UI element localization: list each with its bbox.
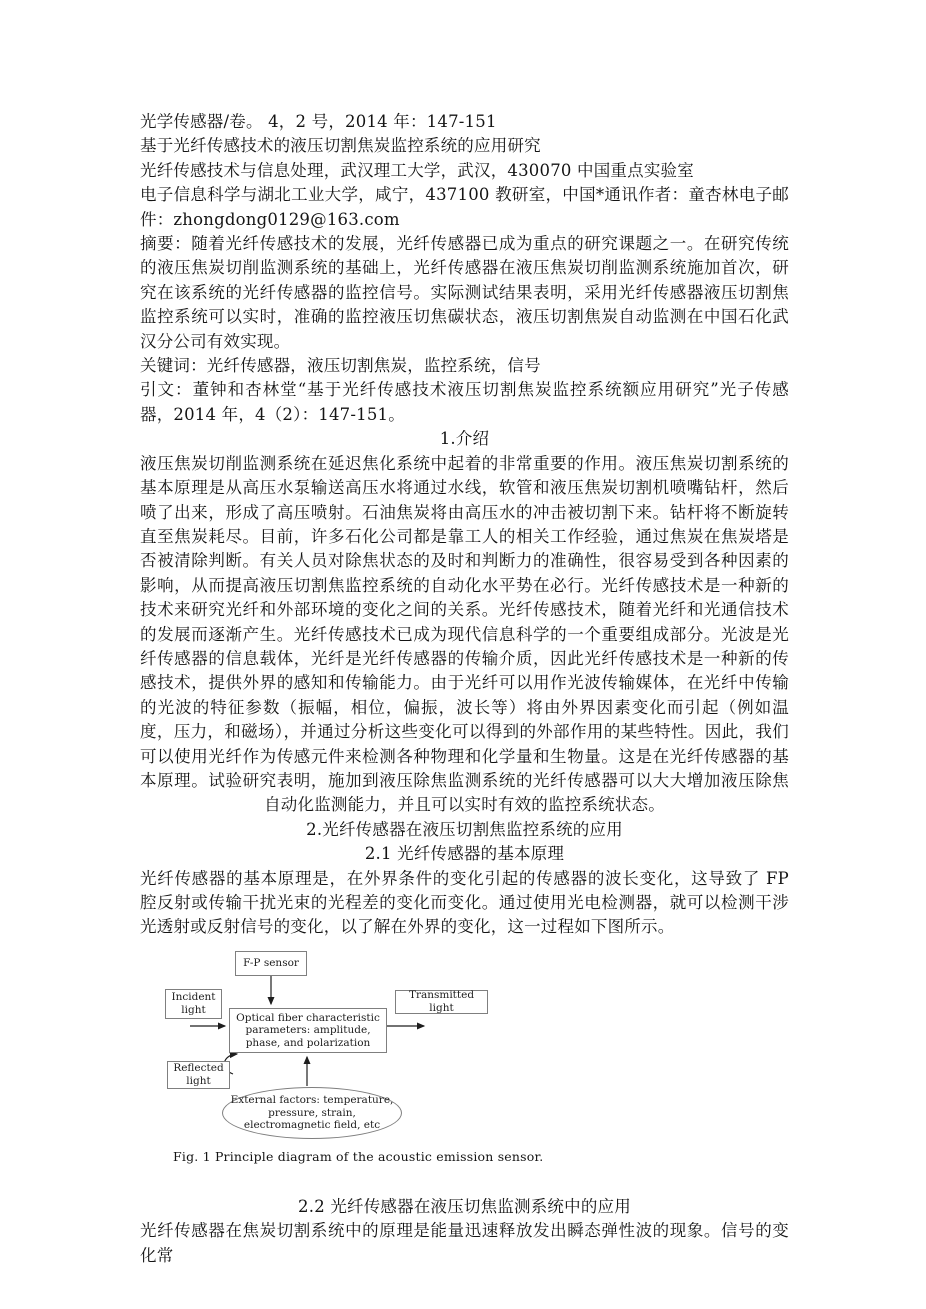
citation-line: 引文：董钟和杏林堂“基于光纤传感技术液压切割焦炭监控系统额应用研究”光子传感器，… (140, 378, 789, 427)
figure-node-fp-sensor: F-P sensor (235, 951, 307, 976)
affiliation-line-1: 光纤传感技术与信息处理，武汉理工大学，武汉，430070 中国重点实验室 (140, 159, 789, 183)
section-2-1-body: 光纤传感器的基本原理是，在外界条件的变化引起的传感器的波长变化，这导致了 FP … (140, 867, 789, 940)
section-2-heading: 2.光纤传感器在液压切割焦监控系统的应用 (140, 818, 789, 842)
keywords-line: 关键词：光纤传感器，液压切割焦炭，监控系统，信号 (140, 354, 789, 378)
figure-node-reflected-light: Reflected light (167, 1061, 230, 1089)
section-2-1-heading: 2.1 光纤传感器的基本原理 (140, 842, 789, 866)
figure-node-transmitted-light: Transmitted light (395, 990, 488, 1014)
journal-line: 光学传感器/卷。 4，2 号，2014 年：147-151 (140, 110, 789, 134)
section-2-2-body: 光纤传感器在焦炭切割系统中的原理是能量迅速释放发出瞬态弹性波的现象。信号的变化常 (140, 1219, 789, 1268)
figure-node-optical-fiber-parameters: Optical fiber characteristic parameters:… (229, 1008, 387, 1053)
paper-title: 基于光纤传感技术的液压切割焦炭监控系统的应用研究 (140, 134, 789, 158)
figure-node-external-factors: External factors: temperature, pressure,… (222, 1087, 402, 1139)
abstract-text: 摘要：随着光纤传感技术的发展，光纤传感器已成为重点的研究课题之一。在研究传统的液… (140, 232, 789, 354)
figure-node-incident-light: Incident light (165, 989, 222, 1019)
document-page: 光学传感器/卷。 4，2 号，2014 年：147-151 基于光纤传感技术的液… (140, 110, 789, 1268)
section-1-body: 液压焦炭切削监测系统在延迟焦化系统中起着的非常重要的作用。液压焦炭切割系统的基本… (140, 452, 789, 818)
section-1-heading: 1.介绍 (140, 427, 789, 451)
figure-1-caption: Fig. 1 Principle diagram of the acoustic… (173, 1149, 789, 1164)
section-2-2-heading: 2.2 光纤传感器在液压切焦监测系统中的应用 (140, 1195, 789, 1219)
figure-1-diagram: F-P sensor Incident light Optical fiber … (140, 947, 789, 1141)
affiliation-line-2: 电子信息科学与湖北工业大学，咸宁，437100 教研室，中国*通讯作者：童杏林电… (140, 183, 789, 232)
